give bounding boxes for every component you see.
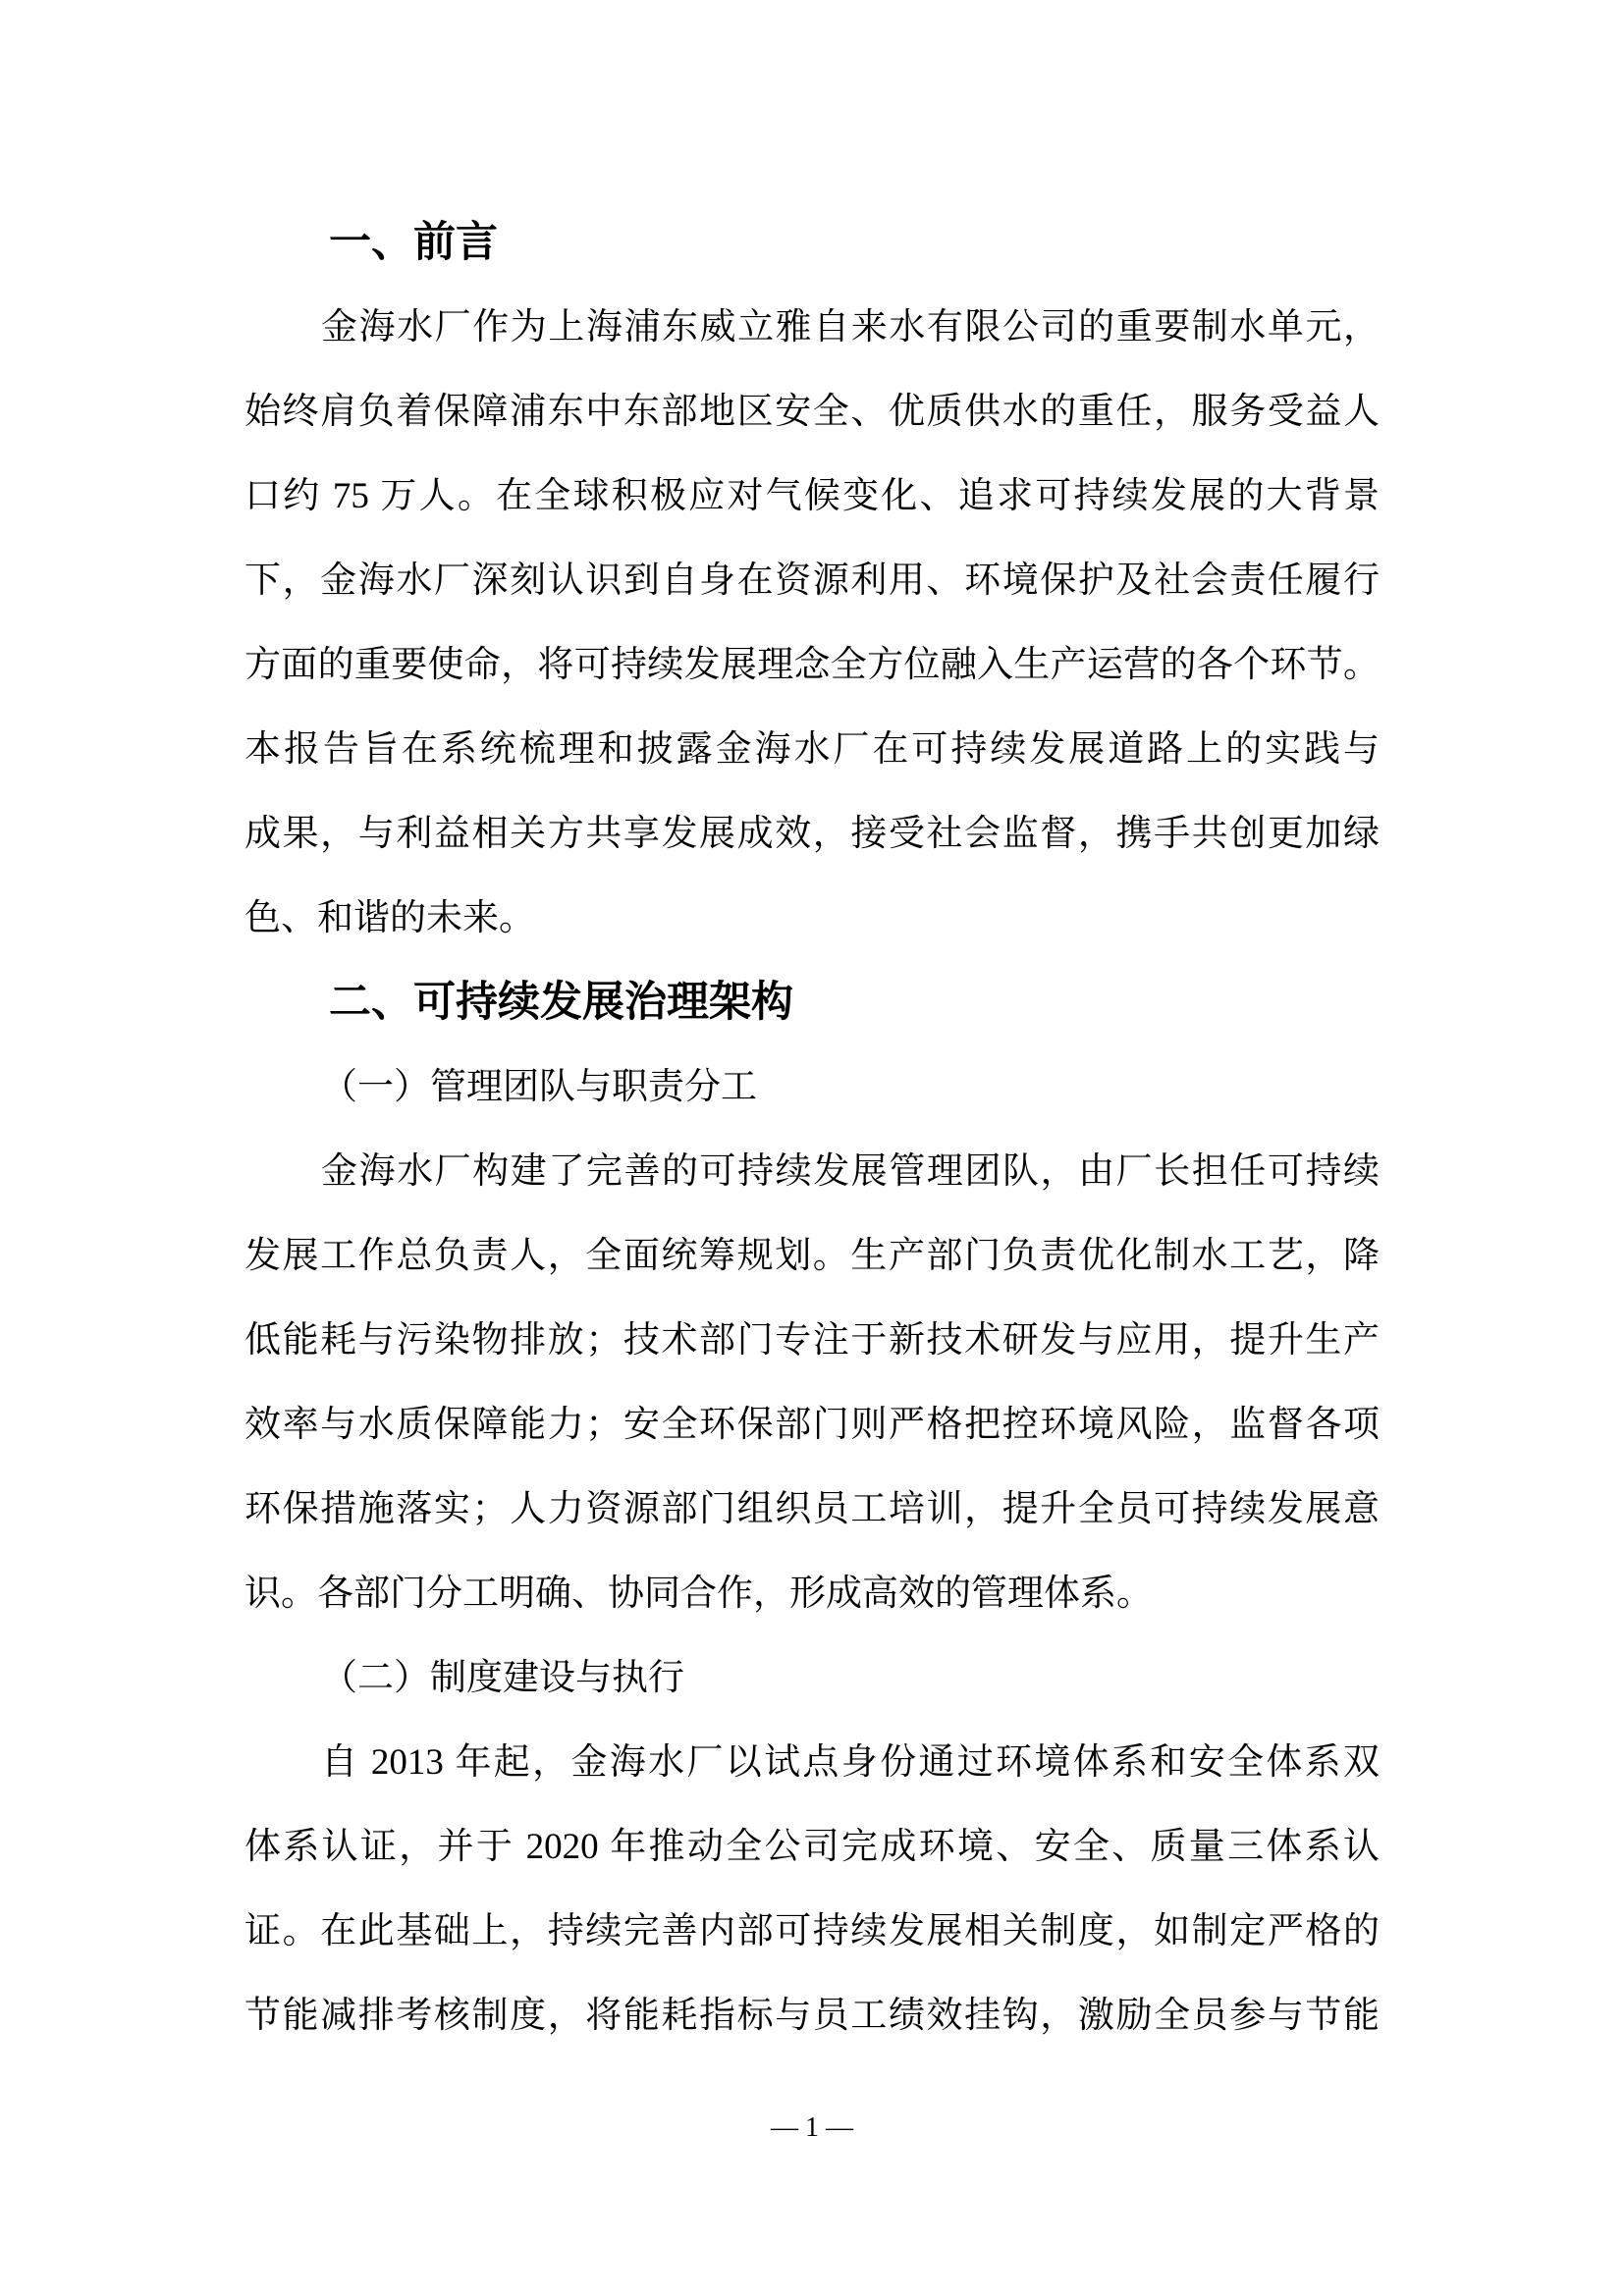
- document-page: 一、前言金海水厂作为上海浦东威立雅自来水有限公司的重要制水单元，始终肩负着保障浦…: [0, 0, 1624, 2296]
- body-text-line: 下，金海水厂深刻认识到自身在资源利用、环境保护及社会责任履行: [244, 539, 1380, 623]
- body-text-line: 口约 75 万人。在全球积极应对气候变化、追求可持续发展的大背景: [244, 454, 1380, 539]
- page-number: — 1 —: [0, 2109, 1624, 2148]
- body-text-line: 环保措施落实；人力资源部门组织员工培训，提升全员可持续发展意: [244, 1468, 1380, 1552]
- body-text-line: 金海水厂作为上海浦东威立雅自来水有限公司的重要制水单元，: [244, 286, 1380, 370]
- body-text-line: 发展工作总负责人，全面统筹规划。生产部门负责优化制水工艺，降: [244, 1214, 1380, 1299]
- section-heading: 一、前言: [244, 201, 1380, 286]
- body-text-line: 识。各部门分工明确、协同合作，形成高效的管理体系。: [244, 1552, 1380, 1636]
- body-text-line: 低能耗与污染物排放；技术部门专注于新技术研发与应用，提升生产: [244, 1299, 1380, 1383]
- body-text-line: 本报告旨在系统梳理和披露金海水厂在可持续发展道路上的实践与: [244, 708, 1380, 792]
- body-text-line: 色、和谐的未来。: [244, 877, 1380, 961]
- body-text-line: 自 2013 年起，金海水厂以试点身份通过环境体系和安全体系双: [244, 1721, 1380, 1805]
- body-text-line: 体系认证，并于 2020 年推动全公司完成环境、安全、质量三体系认: [244, 1805, 1380, 1890]
- body-text-line: 始终肩负着保障浦东中东部地区安全、优质供水的重任，服务受益人: [244, 370, 1380, 454]
- body-text-line: 成果，与利益相关方共享发展成效，接受社会监督，携手共创更加绿: [244, 792, 1380, 877]
- subsection-heading: （一）管理团队与职责分工: [244, 1045, 1380, 1130]
- body-text-line: 效率与水质保障能力；安全环保部门则严格把控环境风险，监督各项: [244, 1383, 1380, 1468]
- body-text-line: 节能减排考核制度，将能耗指标与员工绩效挂钩，激励全员参与节能: [244, 1974, 1380, 2058]
- body-text-line: 方面的重要使命，将可持续发展理念全方位融入生产运营的各个环节。: [244, 623, 1380, 708]
- document-content: 一、前言金海水厂作为上海浦东威立雅自来水有限公司的重要制水单元，始终肩负着保障浦…: [244, 201, 1380, 2058]
- section-heading: 二、可持续发展治理架构: [244, 961, 1380, 1045]
- body-text-line: 金海水厂构建了完善的可持续发展管理团队，由厂长担任可持续: [244, 1130, 1380, 1214]
- body-text-line: 证。在此基础上，持续完善内部可持续发展相关制度，如制定严格的: [244, 1890, 1380, 1974]
- subsection-heading: （二）制度建设与执行: [244, 1636, 1380, 1721]
